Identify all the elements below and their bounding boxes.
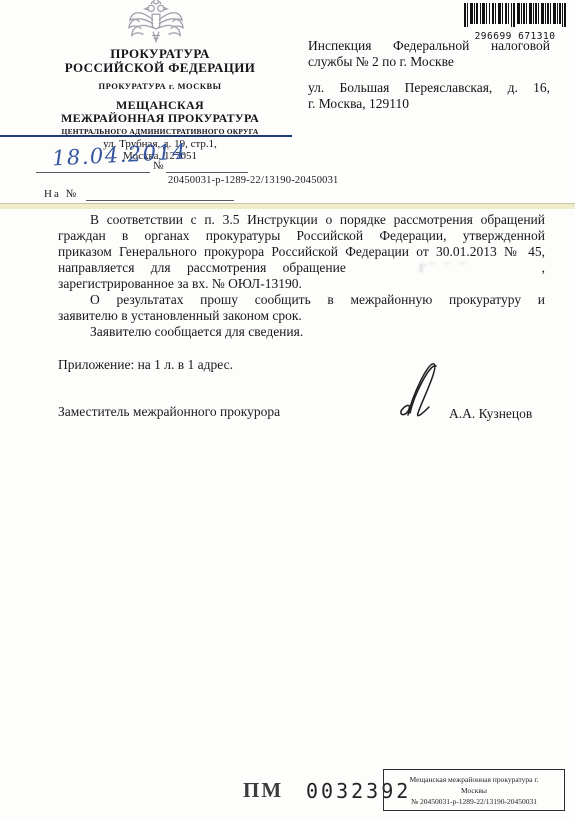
- recipient-line: г. Москва, 129110: [308, 96, 550, 112]
- stamp-line: Москвы: [384, 785, 564, 796]
- number-label: №: [153, 160, 164, 172]
- body-line: заявителю в установленный законом срок.: [58, 308, 545, 324]
- body-line: приказом Генерального прокурора Российск…: [58, 244, 545, 260]
- footer-series-code: ПМ: [243, 778, 283, 803]
- org-name-line3: ПРОКУРАТУРА г. МОСКВЫ: [28, 81, 292, 91]
- recipient-line: ул. Большая Переяславская, д. 16,: [308, 80, 550, 96]
- body-line: О результатах прошу сообщить в межрайонн…: [58, 292, 545, 308]
- body-line: граждан в органах прокуратуры Российской…: [58, 228, 545, 244]
- body-line: Заявителю сообщается для сведения.: [58, 324, 545, 340]
- recipient-address: Инспекция Федеральной налоговой службы №…: [308, 38, 550, 111]
- body-line: В соответствии с п. 3.5 Инструкции о пор…: [58, 212, 545, 228]
- recipient-line: Инспекция Федеральной налоговой: [308, 38, 550, 54]
- trailing-comma: ,: [542, 260, 545, 276]
- letterhead-rule: [0, 135, 292, 137]
- barcode-bars: [464, 3, 566, 27]
- signer-name: А.А. Кузнецов: [449, 406, 532, 422]
- scan-artifact-stripe: [0, 203, 575, 209]
- in-reply-to-label: На №: [44, 188, 78, 200]
- org-name-line5: МЕЖРАЙОННАЯ ПРОКУРАТУРА: [28, 112, 292, 125]
- org-name-line2: РОССИЙСКОЙ ФЕДЕРАЦИИ: [28, 61, 292, 75]
- org-name-line1: ПРОКУРАТУРА: [28, 47, 292, 61]
- barcode: 296699 671310: [464, 3, 566, 37]
- signer-title: Заместитель межрайонного прокурора: [58, 404, 280, 420]
- letterhead: ПРОКУРАТУРА РОССИЙСКОЙ ФЕДЕРАЦИИ ПРОКУРА…: [28, 0, 292, 162]
- stamp-line: № 20450031-р-1289-22/13190-20450031: [384, 796, 564, 807]
- signature-icon: [396, 357, 448, 423]
- scanned-letter-page: ПРОКУРАТУРА РОССИЙСКОЙ ФЕДЕРАЦИИ ПРОКУРА…: [0, 0, 575, 818]
- stamp-line: Мещанская межрайонная прокуратура г.: [384, 774, 564, 785]
- registration-stamp: Мещанская межрайонная прокуратура г. Мос…: [383, 769, 565, 811]
- body-line-text: направляется для рассмотрения обращение: [58, 260, 346, 276]
- in-reply-to-blank-line: [86, 200, 234, 201]
- recipient-line: службы № 2 по г. Москве: [308, 54, 550, 70]
- attachment-note: Приложение: на 1 л. в 1 адрес.: [58, 357, 545, 373]
- body-line-with-redaction: направляется для рассмотрения обращение …: [58, 260, 545, 276]
- outgoing-number: 20450031-р-1289-22/13190-20450031: [168, 175, 328, 186]
- date-blank-line: [36, 172, 150, 173]
- body-line: зарегистрированное за вх. № ОЮЛ-13190.: [58, 276, 545, 292]
- number-blank-line: [166, 172, 248, 173]
- redacted-name: Г¯ ¯ ¯: [419, 260, 468, 276]
